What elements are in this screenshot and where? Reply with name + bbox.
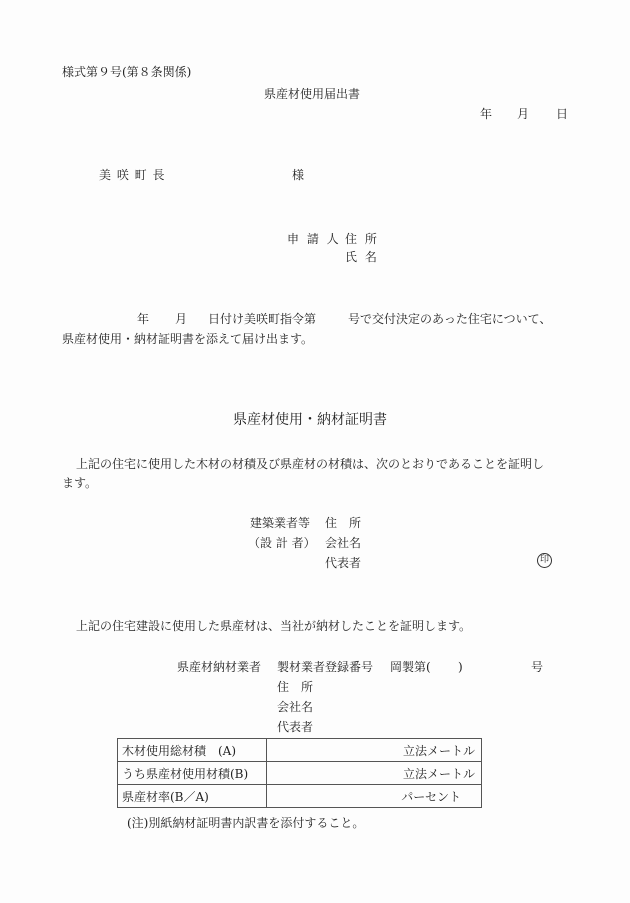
applicant-name-label: 氏 名 — [345, 249, 379, 265]
supplier-registration-suffix: 号 — [531, 659, 543, 675]
seal-icon: 印 — [537, 553, 552, 568]
body-line2: 県産材使用・納材証明書を添えて届け出ます。 — [62, 331, 313, 347]
certificate-title: 県産材使用・納材証明書 — [233, 412, 387, 428]
builder-company-label: 会社名 — [325, 535, 361, 551]
date-year-label: 年 — [480, 106, 492, 122]
table-row: 県産材率(B／A) パーセント — [118, 785, 482, 808]
certificate-statement-line2: ます。 — [62, 475, 97, 491]
supplier-address-label: 住 所 — [277, 679, 313, 695]
row-unit-prefecture-rate: パーセント — [267, 785, 482, 808]
form-title: 県産材使用届出書 — [264, 86, 360, 102]
row-label-prefecture-volume: うち県産材使用材積(B) — [118, 762, 267, 785]
table-row: うち県産材使用材積(B) 立法メートル — [118, 762, 482, 785]
builder-label: 建築業者等 — [250, 515, 310, 531]
supplier-representative-label: 代表者 — [277, 719, 313, 735]
addressee-honorific: 様 — [292, 167, 304, 183]
form-number: 様式第９号(第８条関係) — [62, 64, 191, 80]
applicant-label: 申 請 人 — [287, 231, 341, 247]
row-label-prefecture-rate: 県産材率(B／A) — [118, 785, 267, 808]
supplier-registration-prefix: 岡製第( — [390, 659, 431, 675]
addressee-name: 美 咲 町 長 — [99, 167, 165, 183]
body-line1-end: 号で交付決定のあった住宅について、 — [348, 311, 551, 327]
date-day-label: 日 — [556, 106, 568, 122]
row-unit-prefecture-volume: 立法メートル — [267, 762, 482, 785]
materials-table: 木材使用総材積 (A) 立法メートル うち県産材使用材積(B) 立法メートル 県… — [117, 738, 482, 808]
builder-designer-label: （設 計 者） — [248, 535, 316, 551]
table-row: 木材使用総材積 (A) 立法メートル — [118, 739, 482, 762]
supplier-registration-paren-close: ) — [458, 659, 463, 675]
body-year-label: 年 — [137, 311, 149, 327]
supplier-label: 県産材納材業者 — [177, 659, 261, 675]
row-label-total-volume: 木材使用総材積 (A) — [118, 739, 267, 762]
supplier-registration-label: 製材業者登録番号 — [277, 659, 373, 675]
supplier-company-label: 会社名 — [277, 699, 313, 715]
attachment-note: (注)別紙納材証明書内訳書を添付すること。 — [127, 815, 364, 831]
certificate-statement-line1: 上記の住宅に使用した木材の材積及び県産材の材積は、次のとおりであることを証明し — [76, 456, 544, 472]
supplier-statement: 上記の住宅建設に使用した県産材は、当社が納材したことを証明します。 — [76, 618, 471, 634]
builder-representative-label: 代表者 — [325, 555, 361, 571]
builder-address-label: 住 所 — [325, 515, 361, 531]
date-month-label: 月 — [517, 106, 529, 122]
applicant-address-label: 住 所 — [345, 231, 379, 247]
body-line1-mid: 日付け美咲町指令第 — [208, 311, 316, 327]
body-month-label: 月 — [175, 311, 187, 327]
row-unit-total-volume: 立法メートル — [267, 739, 482, 762]
